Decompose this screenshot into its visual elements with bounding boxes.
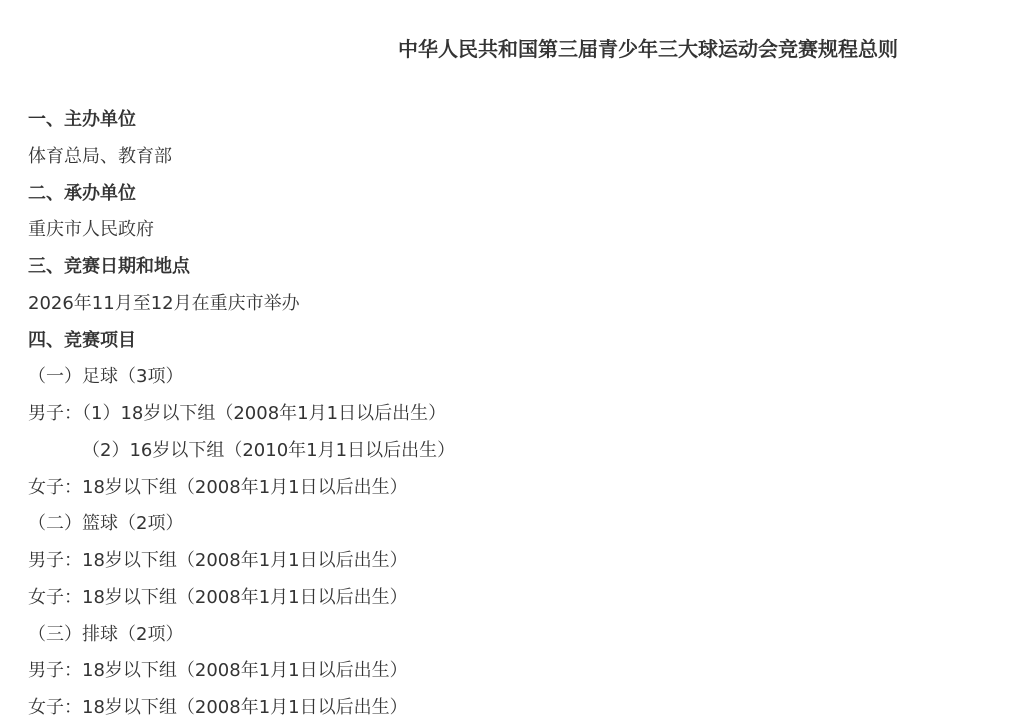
- document-page[interactable]: 中华人民共和国第三届青少年三大球运动会竞赛规程总则 一、主办单位 体育总局、教育…: [0, 0, 1019, 726]
- text-football-men-u16: （2）16岁以下组（2010年1月1日以后出生）: [28, 433, 988, 470]
- text-football-men-u18: 男子：（1）18岁以下组（2008年1月1日以后出生）: [28, 396, 988, 433]
- document-body: 一、主办单位 体育总局、教育部 二、承办单位 重庆市人民政府 三、竞赛日期和地点…: [28, 102, 988, 726]
- text-basketball-women-u18: 女子：18岁以下组（2008年1月1日以后出生）: [28, 580, 988, 617]
- heading-organizer-unit: 二、承办单位: [28, 176, 988, 213]
- text-host-unit: 体育总局、教育部: [28, 139, 988, 176]
- subheading-basketball: （二）篮球（2项）: [28, 506, 988, 543]
- text-volleyball-women-u18: 女子：18岁以下组（2008年1月1日以后出生）: [28, 690, 988, 726]
- text-organizer-unit: 重庆市人民政府: [28, 212, 988, 249]
- text-basketball-men-u18: 男子：18岁以下组（2008年1月1日以后出生）: [28, 543, 988, 580]
- heading-competition-events: 四、竞赛项目: [28, 323, 988, 360]
- subheading-football: （一）足球（3项）: [28, 359, 988, 396]
- heading-host-unit: 一、主办单位: [28, 102, 988, 139]
- heading-date-location: 三、竞赛日期和地点: [28, 249, 988, 286]
- document-title: 中华人民共和国第三届青少年三大球运动会竞赛规程总则: [398, 33, 898, 62]
- subheading-volleyball: （三）排球（2项）: [28, 617, 988, 654]
- text-football-women-u18: 女子：18岁以下组（2008年1月1日以后出生）: [28, 470, 988, 507]
- text-date-location: 2026年11月至12月在重庆市举办: [28, 286, 988, 323]
- text-volleyball-men-u18: 男子：18岁以下组（2008年1月1日以后出生）: [28, 653, 988, 690]
